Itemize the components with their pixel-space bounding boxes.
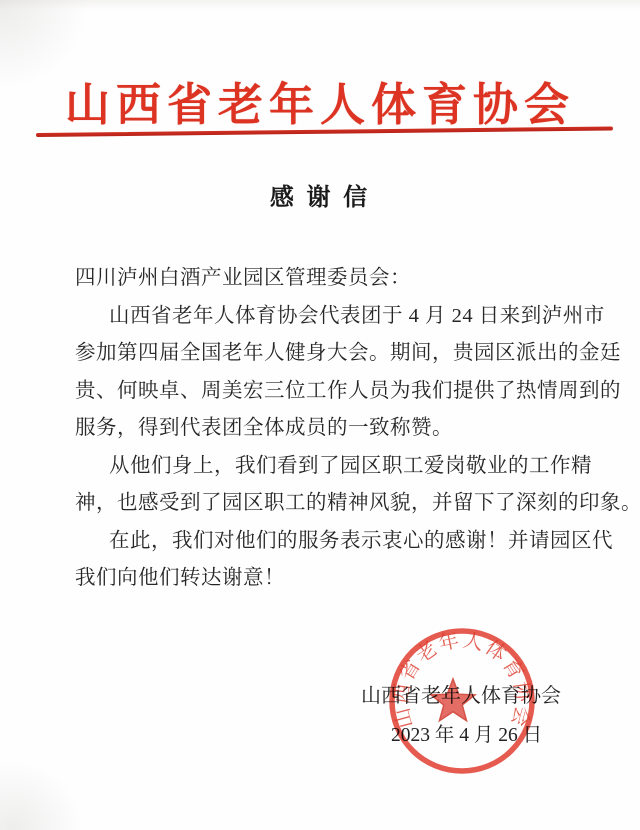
salutation: 四川泸州白酒产业园区管理委员会： (75, 260, 623, 298)
body-line: 我们向他们转达谢意！ (75, 560, 623, 598)
body-line: 参加第四届全国老年人健身大会。期间，贵园区派出的金廷 (75, 335, 623, 373)
body-line: 山西省老年人体育协会代表团于 4 月 24 日来到泸州市 (75, 298, 623, 336)
body-line: 服务，得到代表团全体成员的一致称赞。 (75, 410, 623, 448)
letter-date: 2023 年 4 月 26 日 (391, 719, 542, 747)
body-line: 从他们身上，我们看到了园区职工爱岗敬业的工作精 (75, 448, 623, 486)
body-line: 在此，我们对他们的服务表示衷心的感谢！并请园区代 (75, 523, 623, 561)
body-line: 神，也感受到了园区职工的精神风貌，并留下了深刻的印象。 (75, 485, 623, 523)
signature-org-name: 山西省老年人体育协会 (361, 679, 561, 708)
body-line: 贵、何映卓、周美宏三位工作人员为我们提供了热情周到的 (75, 373, 623, 411)
letter-title: 感 谢 信 (0, 177, 640, 212)
letter-body: 四川泸州白酒产业园区管理委员会： 山西省老年人体育协会代表团于 4 月 24 日… (75, 260, 623, 598)
scanned-letter-page: 山西省老年人体育协会 感 谢 信 四川泸州白酒产业园区管理委员会： 山西省老年人… (0, 0, 640, 830)
letterhead-org-name: 山西省老年人体育协会 (0, 68, 640, 133)
